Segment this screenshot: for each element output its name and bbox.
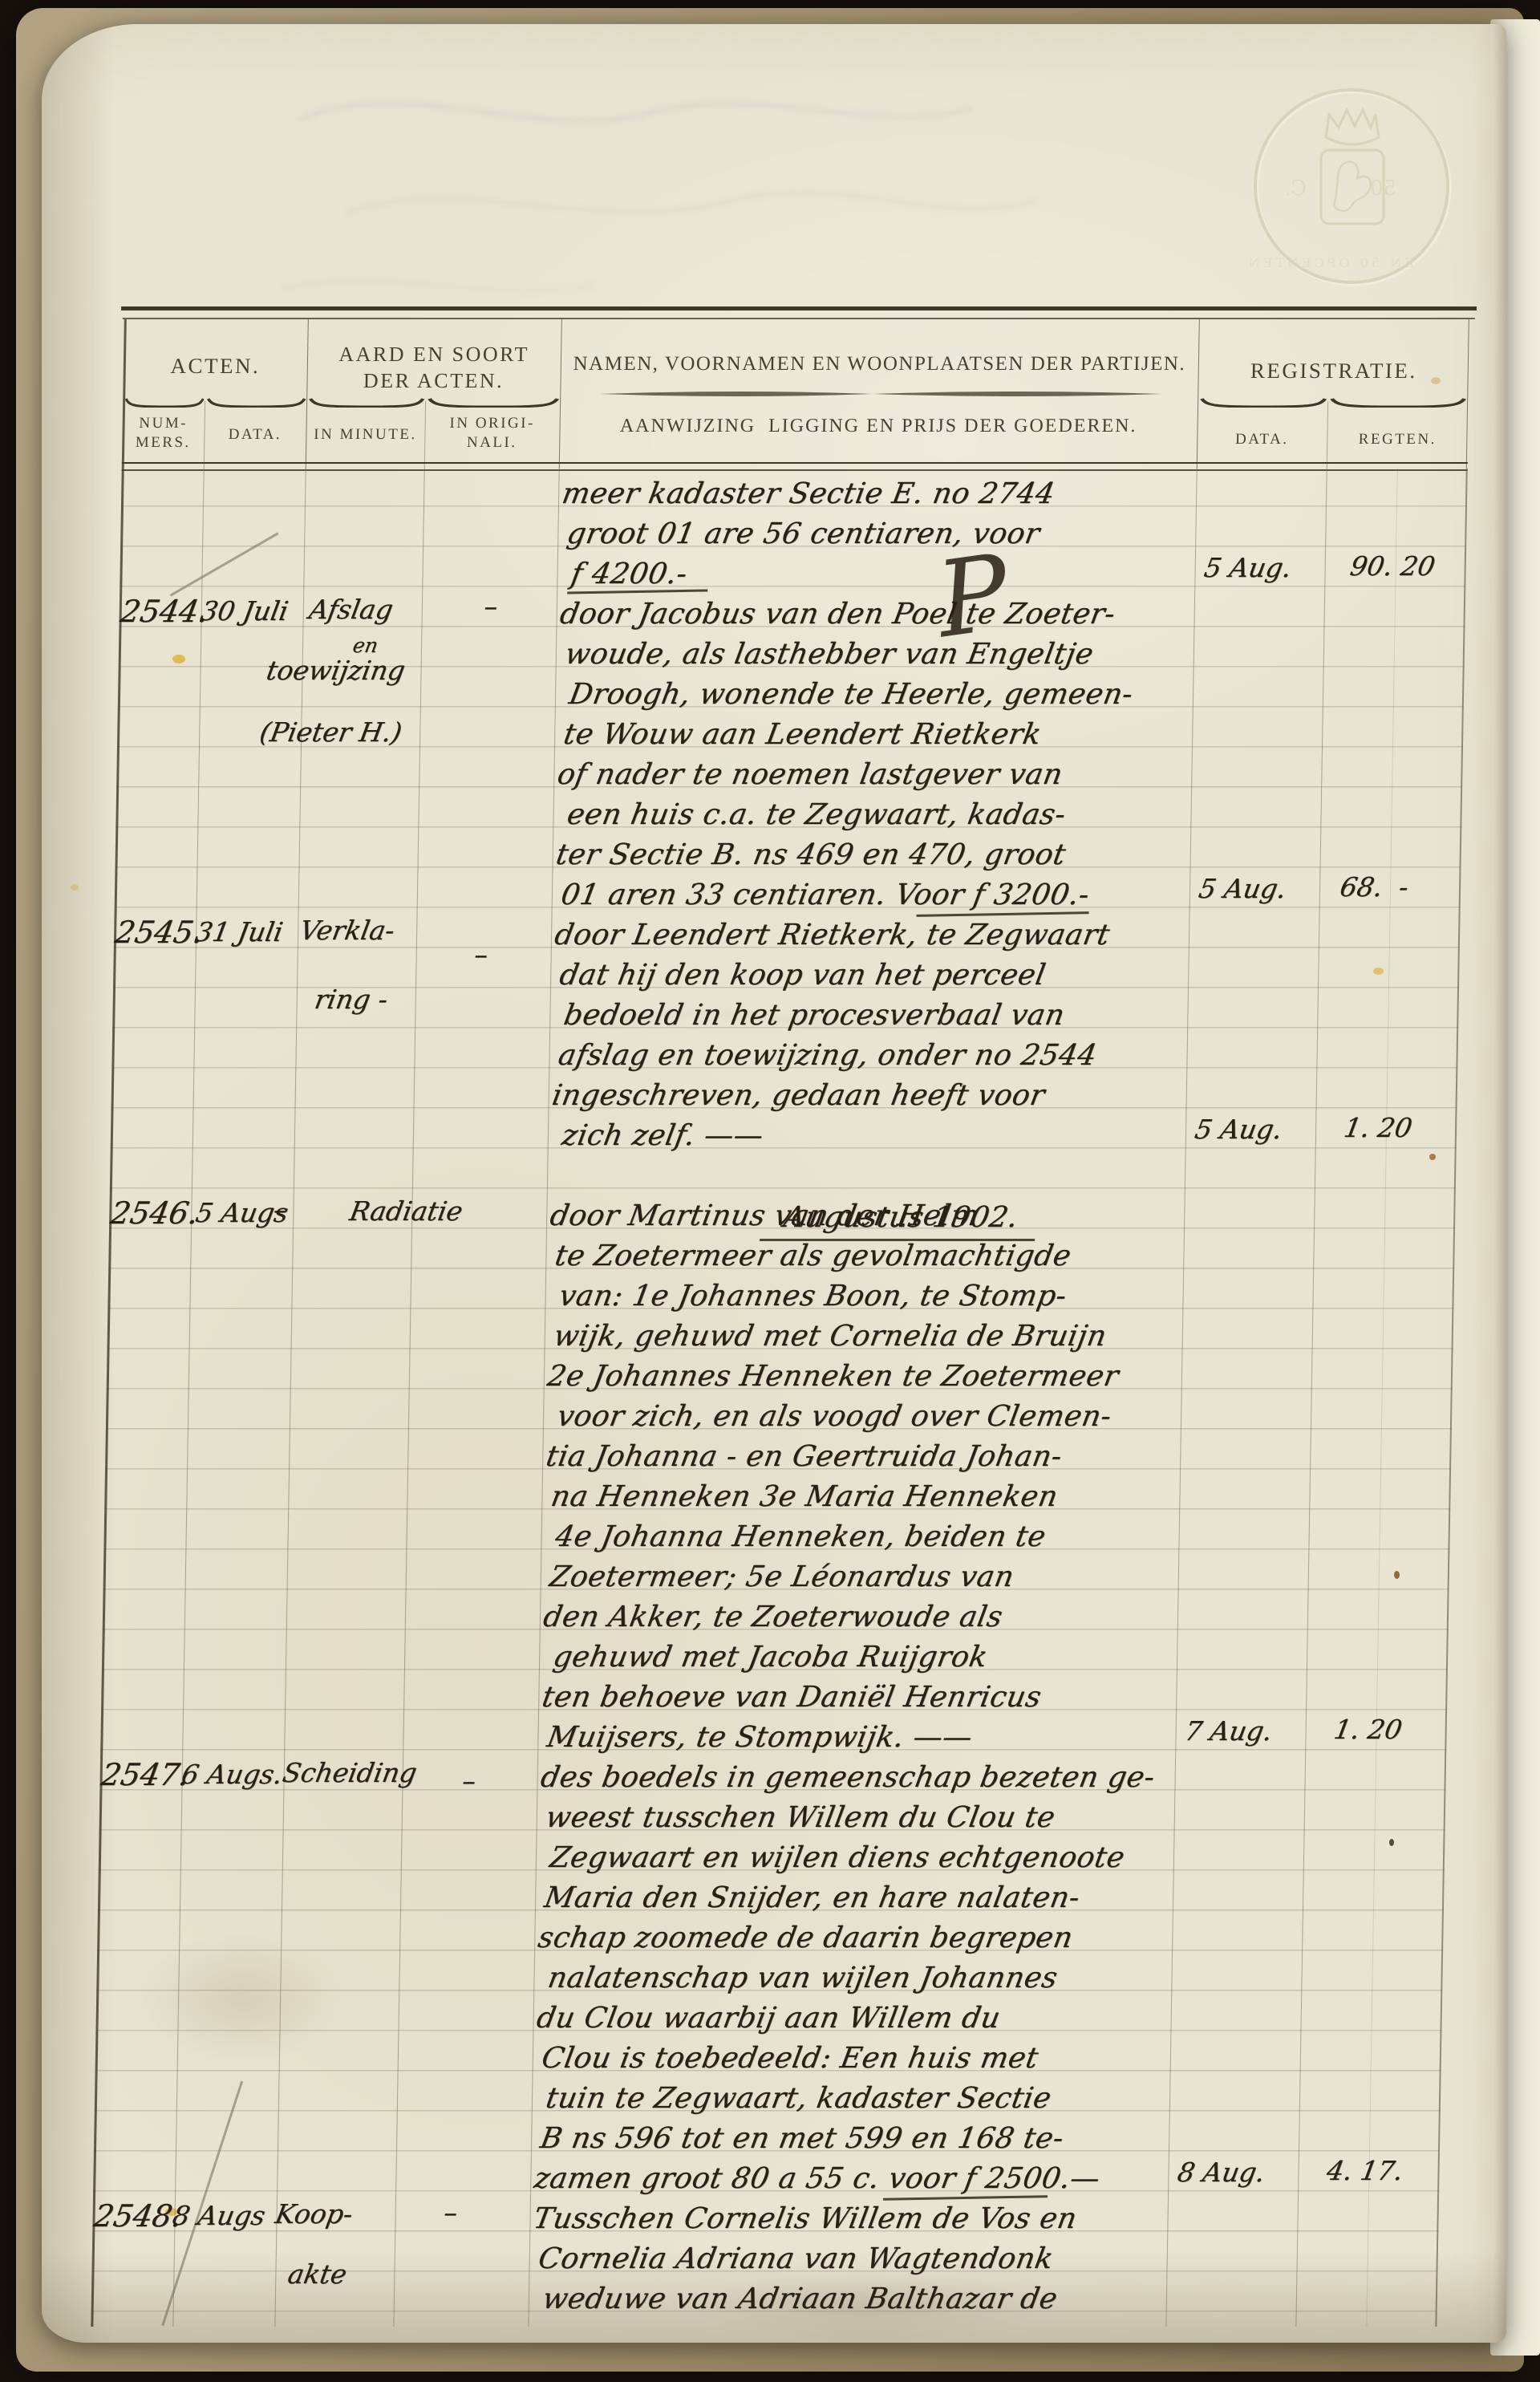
act-number: 2546. (108, 1195, 195, 1231)
body-divider (1295, 469, 1327, 2327)
body-divider (1366, 469, 1397, 2327)
handwritten-line: f 4200.- (568, 554, 1202, 594)
col-sub-reg-data: DATA. (1197, 430, 1327, 449)
col-sub-originali-line2: NALI. (424, 433, 559, 452)
body-divider (172, 469, 204, 2327)
col-sub-nummers: NUM- MERS. (122, 414, 205, 452)
handwritten-line: weest tusschen Willem du Clou te (543, 1797, 1182, 1837)
act-kind: Verkla- (298, 915, 397, 946)
handwritten-line: tia Johanna - en Geertruida Johan- (543, 1436, 1188, 1476)
header-brace (427, 396, 560, 408)
col-group-aard: AARD EN SOORT DER ACTEN. (306, 342, 561, 394)
table-top-rule (121, 306, 1477, 310)
registration-fee: 68. - (1338, 871, 1464, 903)
col-group-registratie: REGISTRATIE. (1198, 358, 1469, 385)
handwritten-line: ten behoeve van Daniël Henricus (539, 1677, 1184, 1717)
handwritten-line: een huis c.a. te Zegwaart, kadas- (564, 794, 1198, 834)
act-kind: ring - (312, 984, 390, 1015)
col-group-aard-line1: AARD EN SOORT (307, 342, 561, 368)
registration-date: 5 Aug. (1202, 552, 1327, 583)
entry-text-block: meer kadaster Sectie E. no 2744groot 01 … (561, 473, 1200, 594)
col-group-acten: ACTEN. (124, 353, 308, 380)
embossed-revenue-seal: 50 C. EN 50 OPCENTEN (1239, 70, 1464, 294)
registration-date: 8 Aug. (1175, 2157, 1301, 2188)
header-brace (206, 396, 306, 408)
handwritten-line: den Akker, te Zoeterwoude als (541, 1597, 1185, 1637)
header-divider (306, 319, 309, 469)
act-number: 2547. (99, 1757, 185, 1792)
handwritten-line: na Henneken 3e Maria Henneken (548, 1476, 1187, 1516)
col-sub-nummers-line2: MERS. (122, 433, 204, 452)
scanned-register-page: { "header": { "group_acten": "ACTEN.", "… (0, 0, 1540, 2382)
handwritten-line: wijk, gehuwd met Cornelia de Bruijn (550, 1316, 1189, 1356)
handwritten-line: Muijsers, te Stompwijk. —— (544, 1717, 1183, 1757)
header-brace (308, 396, 425, 408)
handwritten-line: des boedels in gemeenschap bezeten ge- (537, 1757, 1182, 1797)
handwritten-line: te Wouw aan Leendert Rietkerk (561, 714, 1200, 754)
handwritten-line: Maria den Snijder, en hare nalaten- (541, 1877, 1181, 1917)
seal-lion-icon (1334, 162, 1371, 211)
col-group-namen: NAMEN, VOORNAMEN EN WOONPLAATSEN DER PAR… (561, 351, 1199, 376)
entry-text-block: door Leendert Rietkerk, te Zegwaartdat h… (552, 915, 1193, 1155)
handwritten-line: te Zoetermeer als gevolmachtigde (552, 1236, 1191, 1276)
handwritten-line: Cornelia Adriana van Wagtendonk (535, 2238, 1174, 2279)
entry-text-block: door Jacobus van den Poel te Zoeter-woud… (556, 594, 1199, 915)
act-number: 2544. (118, 594, 205, 629)
registration-date: 5 Aug. (1197, 873, 1323, 904)
handwritten-line: of nader te noemen lastgever van (554, 754, 1199, 794)
col-sub-in-minute: IN MINUTE. (306, 425, 424, 444)
handwritten-line: dat hij den koop van het perceel (557, 955, 1196, 995)
registration-date: 5 Aug. (1193, 1114, 1319, 1145)
act-kind: Koop- (273, 2198, 355, 2230)
seal-currency: C. (1285, 177, 1307, 201)
main-text-column: meer kadaster Sectie E. no 2744groot 01 … (533, 473, 1201, 2319)
registration-fee: 90. 20 (1347, 550, 1473, 582)
act-date: 6 Augs. (179, 1759, 289, 1790)
handwritten-line: bedoeld in het procesverbaal van (561, 995, 1195, 1035)
act-date: 31 Juli (193, 916, 303, 948)
entry-text-block: Tusschen Cornelis Willem de Vos enCornel… (533, 2198, 1172, 2319)
act-number: 2548. (91, 2198, 178, 2234)
registration-fee: 1. 20 (1342, 1112, 1468, 1143)
act-kind: akte (286, 2258, 349, 2290)
handwritten-line: door Jacobus van den Poel te Zoeter- (557, 594, 1202, 634)
handwritten-line: van: 1e Johannes Boon, te Stomp- (556, 1276, 1190, 1316)
entry-text-block: des boedels in gemeenschap bezeten ge-we… (534, 1757, 1179, 2198)
handwritten-line: voor zich, en als voogd over Clemen- (554, 1396, 1189, 1436)
handwritten-line: 2e Johannes Henneken te Zoetermeer (545, 1356, 1189, 1396)
handwritten-line: Zegwaart en wijlen diens echtgenoote (547, 1837, 1181, 1877)
ink-stain (71, 884, 79, 891)
handwritten-line: groot 01 are 56 centiaren, voor (564, 513, 1203, 554)
handwritten-line: afslag en toewijzing, onder no 2544 (555, 1035, 1194, 1075)
handwritten-line: tuin te Zegwaart, kadaster Sectie (543, 2078, 1177, 2118)
act-kind: Afslag (306, 594, 395, 625)
col-sub-nummers-line1: NUM- (122, 414, 204, 433)
month-heading-line: Augustus 1902. (548, 1155, 1193, 1195)
act-kind: toewijzing (264, 655, 407, 686)
act-kind: Scheiding (280, 1757, 419, 1788)
handwritten-line: du Clou waarbij aan Willem du (533, 1998, 1178, 2038)
col-sub-aanwijzing: AANWIJZING LIGGING EN PRIJS DER GOEDEREN… (559, 414, 1197, 438)
header-brace (1199, 396, 1327, 408)
act-kind: (Pieter H.) (257, 716, 404, 748)
header-brace (1329, 396, 1467, 408)
handwritten-line: weduwe van Adriaan Balthazar de (540, 2279, 1174, 2319)
act-kind: en (351, 634, 380, 657)
handwritten-line: B ns 596 tot en met 599 en 168 te- (537, 2118, 1177, 2158)
handwritten-line: Clou is toebedeeld: Een huis met (539, 2038, 1178, 2078)
act-kind: Radiatie (347, 1195, 465, 1227)
handwritten-line: ingeschreven, gedaan heeft voor (549, 1075, 1193, 1115)
seal-crown-icon (1326, 110, 1379, 144)
handwritten-line: woude, als lasthebber van Engeltje (562, 634, 1202, 674)
handwritten-line: 01 aren 33 centiaren. Voor f 3200.- (558, 874, 1198, 915)
handwritten-line: Droogh, wonende te Heerle, gemeen- (566, 674, 1201, 714)
registration-fee: 4. 17. (1324, 2155, 1450, 2186)
handwritten-line: schap zoomede de daarin begrepen (535, 1917, 1180, 1958)
handwritten-line: door Leendert Rietkerk, te Zegwaart (552, 915, 1197, 955)
col-sub-originali: IN ORIGI- NALI. (424, 414, 560, 452)
act-number: 2545. (112, 915, 199, 950)
register-page: 50 C. EN 50 OPCENTEN ACTEN. AARD EN (42, 24, 1506, 2343)
entry-text-block: door Martinus van der Helmte Zoetermeer … (541, 1195, 1189, 1757)
registration-fee: 1. 20 (1331, 1714, 1457, 1745)
col-sub-data: DATA. (204, 425, 306, 444)
col-sub-originali-line1: IN ORIGI- (424, 414, 559, 433)
col-group-aard-line2: DER ACTEN. (306, 368, 561, 395)
handwritten-line: nalatenschap van wijlen Johannes (545, 1958, 1179, 1998)
handwritten-line: gehuwd met Jacoba Ruijgrok (550, 1637, 1185, 1677)
seal-legend: EN 50 OPCENTEN (1246, 255, 1414, 270)
act-date: 30 Juli (198, 595, 308, 627)
handwritten-line: zamen groot 80 a 55 c. voor f 2500.— (531, 2158, 1176, 2198)
swelled-rule (600, 388, 1161, 400)
handwritten-line: Tusschen Cornelis Willem de Vos en (530, 2198, 1175, 2238)
table-header: ACTEN. AARD EN SOORT DER ACTEN. NAMEN, V… (122, 319, 1470, 469)
handwritten-line: meer kadaster Sectie E. no 2744 (559, 473, 1204, 513)
act-date: 8 Augs (170, 2200, 280, 2231)
handwritten-line: 4e Johanna Henneken, beiden te (552, 1516, 1186, 1556)
registrar-paraph: P (931, 540, 1014, 653)
register-table: ACTEN. AARD EN SOORT DER ACTEN. NAMEN, V… (91, 311, 1470, 2327)
header-brace (124, 396, 205, 408)
handwritten-line: ter Sectie B. ns 469 en 470, groot (553, 834, 1198, 874)
registration-date: 7 Aug. (1182, 1715, 1308, 1747)
handwritten-line: zich zelf. —— (559, 1115, 1193, 1155)
handwritten-line: door Martinus van der Helm (547, 1195, 1192, 1236)
handwritten-line: Zoetermeer; 5e Léonardus van (546, 1556, 1185, 1597)
seal-value: 50 (1370, 177, 1396, 201)
col-sub-regten: REGTEN. (1327, 430, 1468, 449)
